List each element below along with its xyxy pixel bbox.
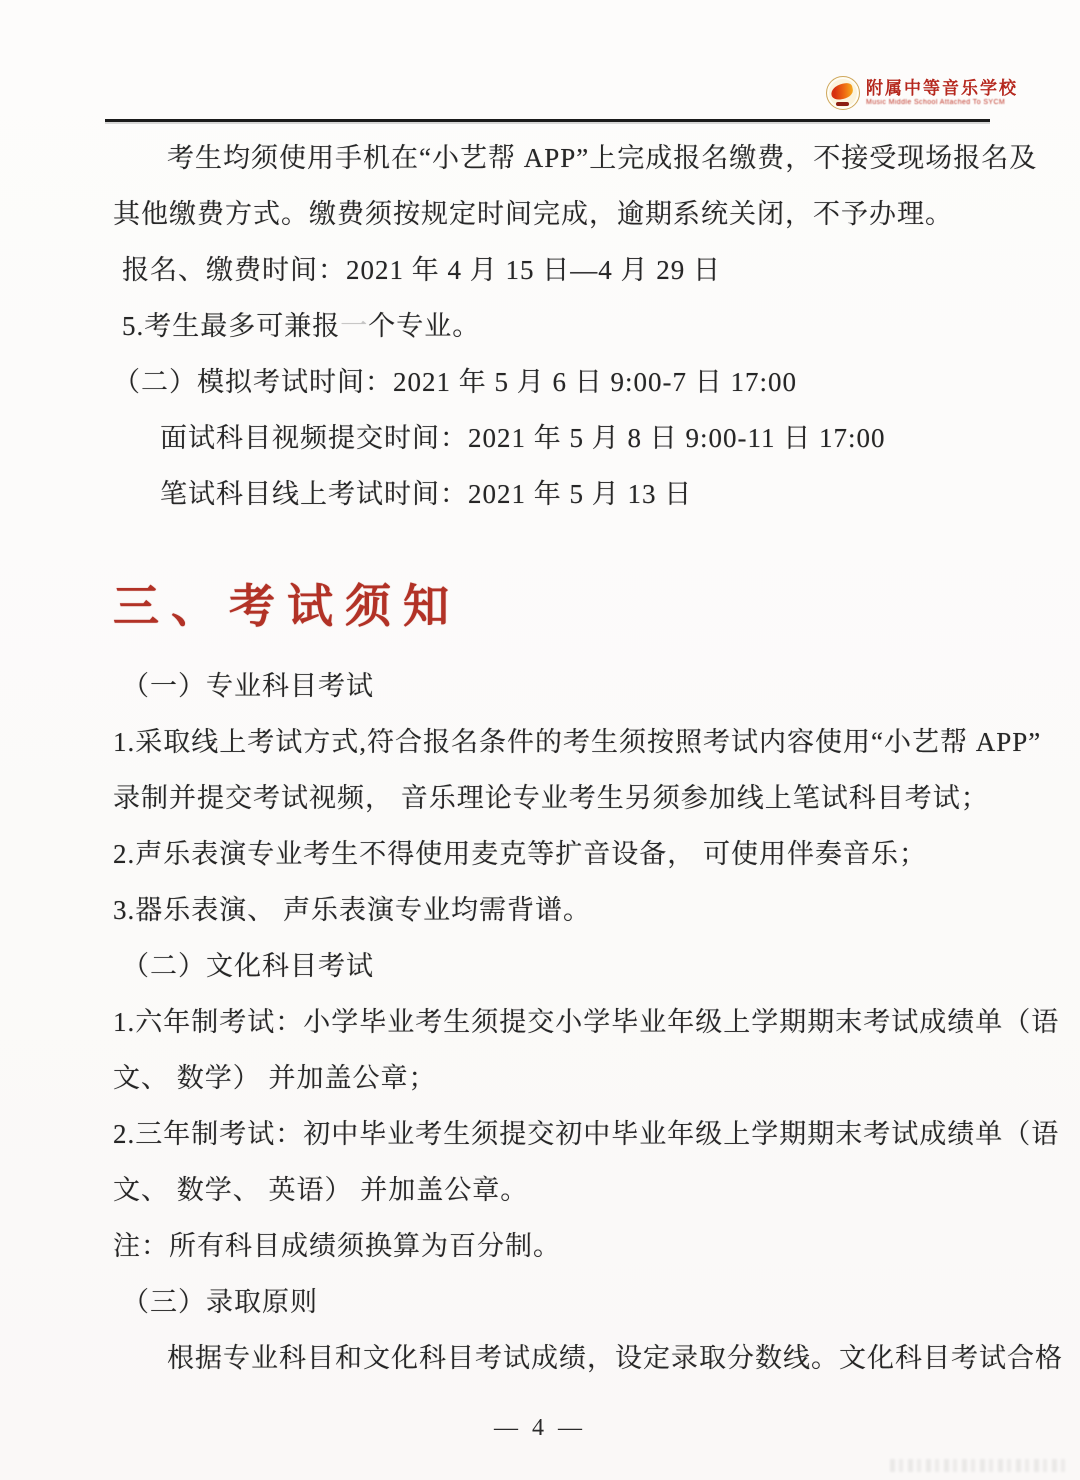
line-notice-item1b: 录制并提交考试视频， 音乐理论专业考生另须参加线上笔试科目考试； xyxy=(113,770,983,826)
line-mock-exam-time: （二）模拟考试时间：2021 年 5 月 6 日 9:00-7 日 17:00 xyxy=(113,354,983,410)
line-cultural-item2a: 2.三年制考试：初中毕业考生须提交初中毕业年级上学期期末考试成绩单（语 xyxy=(113,1106,983,1162)
school-logo: 附属中等音乐学校 Music Middle School Attached To… xyxy=(826,76,1018,110)
logo-text: 附属中等音乐学校 Music Middle School Attached To… xyxy=(866,80,1018,106)
logo-subtitle-en: Music Middle School Attached To SYCM xyxy=(866,99,1018,107)
item5-prefix: 5.考生最多可兼报 xyxy=(122,311,340,341)
line-item5: 5.考生最多可兼报一个专业。 xyxy=(113,298,983,354)
line-notice-item1a: 1.采取线上考试方式,符合报名条件的考生须按照考试内容使用“小艺帮 APP” xyxy=(113,714,983,770)
item5-faded-char: 一 xyxy=(340,311,368,341)
paragraph-payment-line2: 其他缴费方式。缴费须按规定时间完成，逾期系统关闭，不予办理。 xyxy=(113,186,983,242)
header-divider xyxy=(105,119,990,122)
line-interview-video-time: 面试科目视频提交时间：2021 年 5 月 8 日 9:00-11 日 17:0… xyxy=(113,410,983,466)
line-notice-item3: 3.器乐表演、 声乐表演专业均需背谱。 xyxy=(113,882,983,938)
line-registration-time: 报名、缴费时间：2021 年 4 月 15 日—4 月 29 日 xyxy=(113,242,983,298)
line-score-note: 注：所有科目成绩须换算为百分制。 xyxy=(113,1218,983,1274)
document-page: 附属中等音乐学校 Music Middle School Attached To… xyxy=(0,0,1080,1480)
line-written-exam-time: 笔试科目线上考试时间：2021 年 5 月 13 日 xyxy=(113,466,983,522)
subheading-cultural-subjects: （二）文化科目考试 xyxy=(113,938,983,994)
item5-suffix: 个专业。 xyxy=(368,311,480,341)
section-heading-exam-notice: 三、考试须知 xyxy=(113,576,983,638)
school-emblem-icon xyxy=(826,76,860,110)
scan-artifact xyxy=(890,1459,1070,1472)
line-cultural-item1a: 1.六年制考试：小学毕业考生须提交小学毕业年级上学期期末考试成绩单（语 xyxy=(113,994,983,1050)
page-number: — 4 — xyxy=(0,1415,1080,1442)
line-admission-text: 根据专业科目和文化科目考试成绩，设定录取分数线。文化科目考试合格 xyxy=(113,1330,983,1386)
line-cultural-item1b: 文、 数学） 并加盖公章； xyxy=(113,1050,983,1106)
paragraph-payment-line1: 考生均须使用手机在“小艺帮 APP”上完成报名缴费，不接受现场报名及 xyxy=(113,130,983,186)
subheading-admission-principle: （三）录取原则 xyxy=(113,1274,983,1330)
document-body: 考生均须使用手机在“小艺帮 APP”上完成报名缴费，不接受现场报名及 其他缴费方… xyxy=(113,130,983,1386)
subheading-professional-subjects: （一）专业科目考试 xyxy=(113,658,983,714)
logo-title-zh: 附属中等音乐学校 xyxy=(866,79,1018,99)
line-notice-item2: 2.声乐表演专业考生不得使用麦克等扩音设备， 可使用伴奏音乐； xyxy=(113,826,983,882)
line-cultural-item2b: 文、 数学、 英语） 并加盖公章。 xyxy=(113,1162,983,1218)
